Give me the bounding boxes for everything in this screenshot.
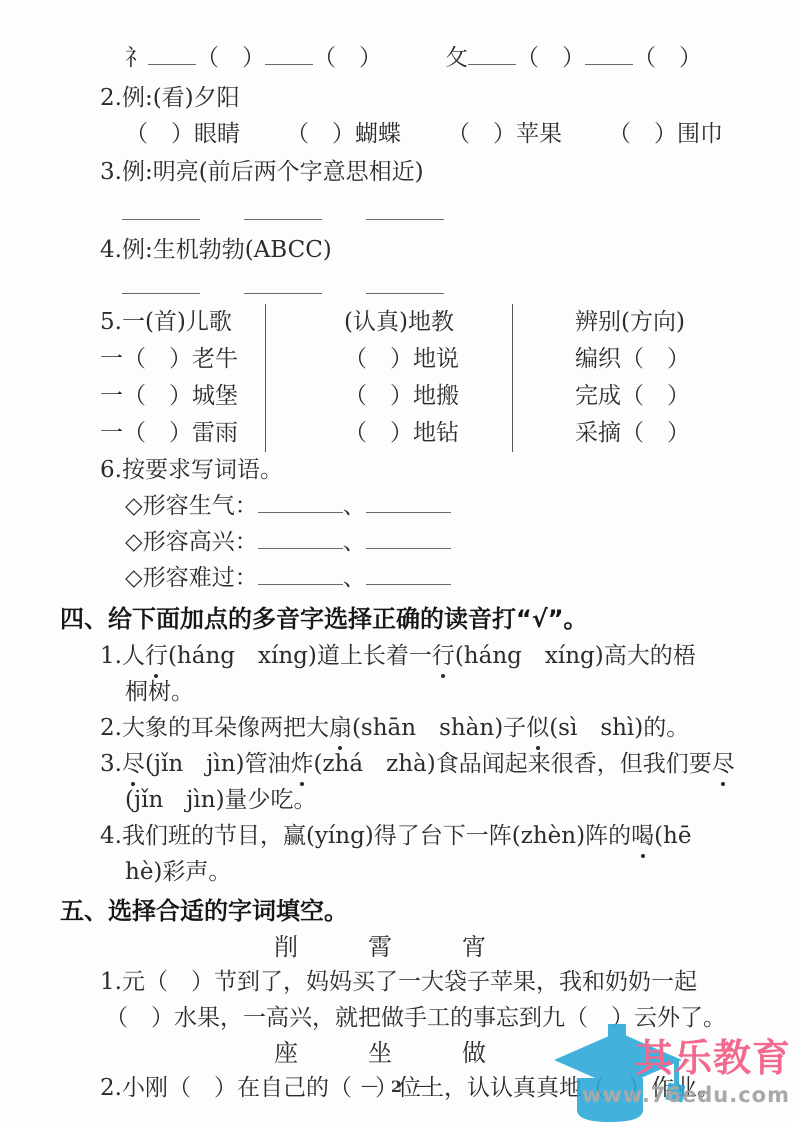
item-6-prompt-row: ◇形容生气：、 [60, 488, 760, 524]
text-segment: (zhá zhà)食品闻起来很香，但我们要 [314, 751, 712, 777]
choice-word: 做 [462, 1036, 486, 1070]
page-number: 2 [391, 1077, 402, 1096]
list-separator: 、 [343, 529, 366, 555]
dotted-char: 扇 [329, 710, 352, 746]
answer-blank[interactable] [366, 198, 444, 220]
worksheet-page: 礻（ ）（ ）攵（ ）（ ） 2.例:(看)夕阳 （ ）眼睛（ ）蝴蝶（ ）苹果… [0, 0, 793, 1122]
dotted-char: 行 [432, 638, 455, 674]
choice-word: 宵 [462, 930, 486, 964]
text-segment: (háng xíng)道上长着一 [168, 643, 432, 669]
table-cell: （ ）地说 [265, 341, 513, 378]
list-separator: 、 [343, 565, 366, 591]
choice-word: 霄 [368, 930, 392, 964]
text-segment: (jǐn jìn)管油 [145, 751, 291, 777]
word-label: 蝴蝶 [355, 121, 401, 147]
table-cell: 完成（ ） [513, 378, 793, 415]
item-4-example: 4.例:生机勃勃(ABCC) [60, 232, 760, 268]
word-group: （ ）苹果 [447, 121, 562, 147]
table-cell: 辨别(方向) [513, 304, 793, 341]
item-5-matching-table: 5.一(首)儿歌 (认真)地教 辨别(方向) 一（ ）老牛 （ ）地说 编织（ … [60, 304, 760, 452]
watermark-url-text: www.76edu.com [582, 1082, 790, 1108]
answer-blank[interactable] [148, 43, 196, 65]
table-cell: 一（ ）雷雨 [100, 415, 265, 452]
item-2-word-row: （ ）眼睛（ ）蝴蝶（ ）苹果（ ）围巾 [60, 116, 760, 152]
table-cell: （ ）地钻 [265, 415, 513, 452]
dotted-char: 似 [526, 710, 549, 746]
s4-item-1-line-2: 桐树。 [60, 674, 760, 710]
answer-blank[interactable] [122, 272, 200, 294]
text-segment: (jǐn jìn)量少吃。 [125, 787, 317, 813]
word-group: （ ）眼睛 [125, 121, 240, 147]
paren-blank[interactable]: （ ） [516, 45, 585, 71]
choice-word: 座 [274, 1036, 298, 1070]
answer-blank[interactable] [468, 43, 516, 65]
prompt-label: ◇形容高兴： [125, 529, 258, 555]
footer-dash: — [361, 1076, 378, 1096]
word-choices-xiao-xiao-xiao: 削 霄 宵 [60, 930, 760, 964]
text-segment: (shān shàn)子 [352, 715, 526, 741]
radical-shi: 礻 [125, 45, 148, 71]
dotted-char: 喝 [631, 818, 654, 854]
answer-blank[interactable] [244, 198, 322, 220]
paren-blank[interactable]: （ ） [125, 121, 194, 147]
table-cell: 5.一(首)儿歌 [100, 304, 265, 341]
word-label: 苹果 [516, 121, 562, 147]
section-5-heading: 五、选择合适的字词填空。 [60, 892, 760, 930]
table-cell: 一（ ）老牛 [100, 341, 265, 378]
answer-blank[interactable] [122, 198, 200, 220]
table-cell: （ ）地搬 [265, 378, 513, 415]
prompt-label: ◇形容生气： [125, 493, 258, 519]
item-2-example: 2.例:(看)夕阳 [60, 80, 760, 116]
prompt-label: ◇形容难过： [125, 565, 258, 591]
paren-blank[interactable]: （ ） [286, 121, 355, 147]
answer-blank[interactable] [366, 491, 451, 513]
answer-blank[interactable] [585, 43, 633, 65]
answer-blank[interactable] [258, 563, 343, 585]
word-group: （ ）围巾 [608, 121, 723, 147]
word-label: 围巾 [677, 121, 723, 147]
answer-blank[interactable] [258, 491, 343, 513]
text-segment: 1.人 [100, 643, 145, 669]
list-separator: 、 [343, 493, 366, 519]
item-3-example: 3.例:明亮(前后两个字意思相近) [60, 154, 760, 190]
footer-dash: — [415, 1076, 432, 1096]
choice-word: 削 [274, 930, 298, 964]
text-segment: (sì shì)的。 [549, 715, 689, 741]
text-segment: 4.我们班的节目，赢(yíng)得了台下一阵(zhèn)阵的 [100, 823, 631, 849]
item-6-label: 6.按要求写词语。 [60, 452, 760, 488]
dotted-char: 尽 [122, 746, 145, 782]
answer-blank[interactable] [265, 43, 313, 65]
answer-blank[interactable] [258, 527, 343, 549]
text-segment: 2.大象的耳朵像两把大 [100, 715, 329, 741]
text-segment: (hē [654, 823, 691, 849]
dotted-char: 行 [145, 638, 168, 674]
answer-blank[interactable] [244, 272, 322, 294]
section-4-heading: 四、给下面加点的多音字选择正确的读音打“√”。 [60, 600, 760, 638]
watermark-logo: 其乐教育 www.76edu.com [548, 1018, 793, 1122]
worksheet-content: 礻（ ）（ ）攵（ ）（ ） 2.例:(看)夕阳 （ ）眼睛（ ）蝴蝶（ ）苹果… [60, 40, 760, 1106]
s4-item-1-line-1: 1.人行(háng xíng)道上长着一行(háng xíng)高大的梧 [60, 638, 760, 674]
text-segment: 桐树。 [125, 679, 194, 705]
dotted-char: 炸 [291, 746, 314, 782]
text-segment: hè)彩声。 [125, 859, 231, 885]
table-cell: 编织（ ） [513, 341, 793, 378]
item-4-answer-blanks [60, 272, 760, 298]
table-cell: 一（ ）城堡 [100, 378, 265, 415]
s5-item-1-line-1: 1.元（ ）节到了，妈妈买了一大袋子苹果，我和奶奶一起 [60, 964, 760, 1000]
word-group: （ ）蝴蝶 [286, 121, 401, 147]
paren-blank[interactable]: （ ） [313, 45, 382, 71]
text-segment: (háng xíng)高大的梧 [455, 643, 696, 669]
table-cell: (认真)地教 [265, 304, 513, 341]
s4-item-4-line-1: 4.我们班的节目，赢(yíng)得了台下一阵(zhèn)阵的喝(hē [60, 818, 760, 854]
s4-item-4-line-2: hè)彩声。 [60, 854, 760, 890]
item-3-answer-blanks [60, 198, 760, 228]
paren-blank[interactable]: （ ） [608, 121, 677, 147]
item-6-prompt-row: ◇形容高兴：、 [60, 524, 760, 560]
paren-blank[interactable]: （ ） [196, 45, 265, 71]
table-cell: 采摘（ ） [513, 415, 793, 452]
item-6-prompt-row: ◇形容难过：、 [60, 560, 760, 596]
radical-fill-line: 礻（ ）（ ）攵（ ）（ ） [60, 40, 760, 76]
text-segment: 3. [100, 751, 122, 777]
s4-item-2-line: 2.大象的耳朵像两把大扇(shān shàn)子似(sì shì)的。 [60, 710, 760, 746]
s4-item-3-line-1: 3.尽(jǐn jìn)管油炸(zhá zhà)食品闻起来很香，但我们要尽 [60, 746, 760, 782]
radical-pu: 攵 [445, 45, 468, 71]
dotted-char: 尽 [712, 746, 735, 782]
word-label: 眼睛 [194, 121, 240, 147]
s4-item-3-line-2: (jǐn jìn)量少吃。 [60, 782, 760, 818]
answer-blank[interactable] [366, 272, 444, 294]
choice-word: 坐 [368, 1036, 392, 1070]
paren-blank[interactable]: （ ） [633, 45, 702, 71]
answer-blank[interactable] [366, 527, 451, 549]
watermark-brand-text: 其乐教育 [635, 1036, 791, 1080]
answer-blank[interactable] [366, 563, 451, 585]
paren-blank[interactable]: （ ） [447, 121, 516, 147]
